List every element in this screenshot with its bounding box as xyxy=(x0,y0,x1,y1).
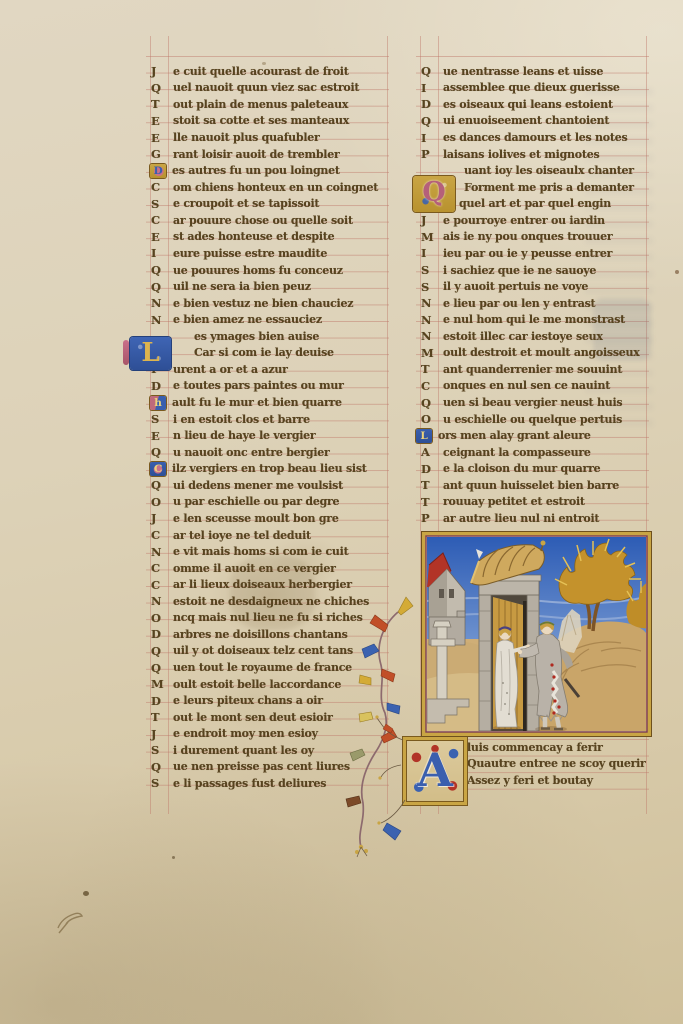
verse-line: Que pouures homs fu conceuz xyxy=(150,262,392,279)
verse-text: Quautre entree ne scoy querir xyxy=(467,757,646,770)
verse-capital: C xyxy=(150,528,173,542)
verse-text: uil y ot doiseaux telz cent tans xyxy=(173,644,353,657)
verse-text: ar pouure chose ou quelle soit xyxy=(173,214,353,227)
verse-line: Grant loisir auoit de trembler xyxy=(150,146,392,163)
verse-line: Je cuit quelle acourast de froit xyxy=(150,63,392,80)
verse-capital: M xyxy=(420,230,443,244)
verse-line: Ies dances damours et les notes xyxy=(420,129,655,146)
verse-text: laisans iolives et mignotes xyxy=(443,148,599,161)
verse-text: Forment me pris a demanter xyxy=(464,181,634,194)
verse-text: ant quun huisselet bien barre xyxy=(443,479,619,492)
verse-text: ors men alay grant aleure xyxy=(438,429,591,442)
verse-capital: D xyxy=(150,627,173,641)
verse-line: Par quel art et par quel engin xyxy=(420,196,655,213)
verse-capital: O xyxy=(150,495,173,509)
verse-line: es ymages bien auise xyxy=(150,328,392,345)
text-section-bottom: luis commencay a ferirQuautre entree ne … xyxy=(467,739,657,789)
verse-capital: J xyxy=(150,64,173,78)
verse-capital: Q xyxy=(420,64,443,78)
verse-capital: S xyxy=(150,776,173,790)
verse-text: e bien amez ne essauciez xyxy=(173,313,322,326)
verse-text: e len sceusse moult bon gre xyxy=(173,512,339,525)
verse-capital: N xyxy=(420,296,443,310)
verse-text: omme il auoit en ce vergier xyxy=(173,562,336,575)
pen-flourish-mark xyxy=(50,900,90,940)
verse-capital: E xyxy=(150,230,173,244)
verse-capital: T xyxy=(420,478,443,492)
verse-line: Comme il auoit en ce vergier xyxy=(150,560,392,577)
verse-text: ault fu le mur et bien quarre xyxy=(172,396,342,409)
verse-line: Je len sceusse moult bon gre xyxy=(150,510,392,527)
verse-text: es autres fu un pou loingnet xyxy=(172,164,340,177)
verse-text: uant ioy les oiseaulx chanter xyxy=(464,164,634,177)
verse-capital: I xyxy=(420,246,443,260)
verse-line: Car pouure chose ou quelle soit xyxy=(150,212,392,229)
verse-capital: Q xyxy=(150,445,173,459)
verse-line: Com chiens honteux en un coingnet xyxy=(150,179,392,196)
verse-capital: L xyxy=(416,429,432,443)
verse-capital: E xyxy=(150,131,173,145)
verse-capital: S xyxy=(420,263,443,277)
verse-line: Se croupoit et se tapissoit xyxy=(150,196,392,213)
verse-capital: D xyxy=(420,462,443,476)
verse-text: i sachiez que ie ne sauoye xyxy=(443,264,596,277)
verse-text: i en estoit clos et barre xyxy=(173,413,310,426)
ink-speck xyxy=(83,891,89,896)
verse-text: rouuay petitet et estroit xyxy=(443,495,585,508)
verse-line: Des oiseaux qui leans estoient xyxy=(420,96,655,113)
verse-line: luis commencay a ferir xyxy=(467,739,657,756)
verse-line: Ne bien amez ne essauciez xyxy=(150,311,392,328)
verse-capital: T xyxy=(420,495,443,509)
verse-text: e li passages fust deliures xyxy=(173,777,326,790)
verse-text: uen tout le royaume de france xyxy=(173,661,352,674)
verse-capital: N xyxy=(150,545,173,559)
verse-line: Assez y feri et boutay xyxy=(467,772,657,789)
verse-capital: C xyxy=(150,561,173,575)
verse-text: i durement quant les oy xyxy=(173,744,314,757)
verse-line: Tant quanderrenier me souuint xyxy=(420,361,655,378)
verse-capital: C xyxy=(150,180,173,194)
verse-line: Ou eschielle ou quelque pertuis xyxy=(420,411,655,428)
verse-line: Qui enuoiseement chantoient xyxy=(420,113,655,130)
verse-text: Assez y feri et boutay xyxy=(467,774,593,787)
verse-text: ar li lieux doiseaux herbergier xyxy=(173,578,352,591)
verse-capital: N xyxy=(150,594,173,608)
verse-capital: Q xyxy=(150,81,173,95)
verse-line: Nestoit illec car iestoye seux xyxy=(420,328,655,345)
verse-capital: I xyxy=(420,131,443,145)
verse-text: e cuit quelle acourast de froit xyxy=(173,65,349,78)
verse-line: Que nentrasse leans et uisse xyxy=(420,63,655,80)
verse-text: oult destroit et moult angoisseux xyxy=(443,346,640,359)
verse-line: hault fu le mur et bien quarre xyxy=(150,394,392,411)
verse-line: Estoit sa cotte et ses manteaux xyxy=(150,113,392,130)
verse-text: uen si beau vergier neust huis xyxy=(443,396,622,409)
illuminated-initial-l: L xyxy=(130,337,171,370)
verse-text: e endroit moy men esioy xyxy=(173,727,318,740)
verse-text: ar quel art et par quel engin xyxy=(443,197,611,210)
verse-text: e toutes pars paintes ou mur xyxy=(173,379,344,392)
verse-text: ar tel ioye ne tel deduit xyxy=(173,529,311,542)
verse-text: om chiens honteux en un coingnet xyxy=(173,181,378,194)
verse-text: es dances damours et les notes xyxy=(443,131,627,144)
verse-line: Iieu par ou ie y peusse entrer xyxy=(420,245,655,262)
verse-capital: D xyxy=(150,164,166,178)
miniature-scene xyxy=(427,537,652,732)
verse-line: Ne nul hom qui le me monstrast xyxy=(420,311,655,328)
verse-text: ui dedens mener me voulsist xyxy=(173,479,343,492)
verse-line: Quautre entree ne scoy querir xyxy=(467,756,657,773)
verse-text: out le mont sen deut esioir xyxy=(173,711,333,724)
verse-line: Car si com ie lay deuise xyxy=(150,345,392,362)
verse-capital: P xyxy=(420,147,443,161)
verse-line: Qu nauoit onc entre bergier xyxy=(150,444,392,461)
verse-line: Trouuay petitet et estroit xyxy=(420,494,655,511)
verse-text: onques en nul sen ce nauint xyxy=(443,379,610,392)
verse-line: Qui dedens mener me voulsist xyxy=(150,477,392,494)
verse-capital: S xyxy=(150,743,173,757)
verse-text: assemblee que dieux guerisse xyxy=(443,81,620,94)
verse-line: Car tel ioye ne tel deduit xyxy=(150,527,392,544)
verse-capital: G xyxy=(150,147,173,161)
verse-capital: S xyxy=(150,412,173,426)
verse-text: uel nauoit quun viez sac estroit xyxy=(173,81,359,94)
verse-text: eure puisse estre maudite xyxy=(173,247,327,260)
verse-line: De toutes pars paintes ou mur xyxy=(150,378,392,395)
verse-capital: M xyxy=(420,346,443,360)
verse-capital: J xyxy=(420,213,443,227)
ink-speck xyxy=(172,856,175,859)
verse-capital: N xyxy=(420,313,443,327)
verse-capital: E xyxy=(150,114,173,128)
verse-text: estoit illec car iestoye seux xyxy=(443,330,603,343)
verse-text: e lieu par ou len y entrast xyxy=(443,297,595,310)
verse-line: Ne lieu par ou len y entrast xyxy=(420,295,655,312)
verse-text: st ades honteuse et despite xyxy=(173,230,334,243)
verse-text: e nul hom qui le me monstrast xyxy=(443,313,625,326)
verse-text: e la cloison du mur quarre xyxy=(443,462,600,475)
verse-line: uant ioy les oiseaulx chanter xyxy=(420,162,655,179)
verse-text: e bien vestuz ne bien chauciez xyxy=(173,297,353,310)
verse-line: Mais ie ny pou onques trouuer xyxy=(420,229,655,246)
verse-capital: N xyxy=(150,296,173,310)
verse-capital: A xyxy=(420,445,443,459)
verse-capital: T xyxy=(150,710,173,724)
verse-line: Est ades honteuse et despite xyxy=(150,229,392,246)
verse-capital: N xyxy=(420,329,443,343)
verse-line: Quen si beau vergier neust huis xyxy=(420,394,655,411)
verse-capital: Q xyxy=(150,644,173,658)
verse-text: ieu par ou ie y peusse entrer xyxy=(443,247,612,260)
verse-text: uil ne sera ia bien peuz xyxy=(173,280,311,293)
verse-line: Iassemblee que dieux guerisse xyxy=(420,80,655,97)
verse-text: ui enuoiseement chantoient xyxy=(443,114,609,127)
verse-text: ue nen preisse pas cent liures xyxy=(173,760,350,773)
ink-speck xyxy=(675,270,679,274)
verse-capital: C xyxy=(420,379,443,393)
verse-text: lle nauoit plus quafubler xyxy=(173,131,320,144)
verse-capital: D xyxy=(150,694,173,708)
manuscript-page: Je cuit quelle acourast de froit Quel na… xyxy=(0,0,683,1024)
verse-line: En lieu de haye le vergier xyxy=(150,427,392,444)
verse-capital: D xyxy=(150,379,173,393)
verse-text: es oiseaux qui leans estoient xyxy=(443,98,613,111)
verse-line: Si sachiez que ie ne sauoye xyxy=(420,262,655,279)
verse-text: ue pouures homs fu conceuz xyxy=(173,264,343,277)
verse-capital: S xyxy=(420,280,443,294)
verse-capital: Q xyxy=(150,280,173,294)
verse-text: u nauoit onc entre bergier xyxy=(173,446,330,459)
verse-text: e croupoit et se tapissoit xyxy=(173,197,319,210)
verse-text: e pourroye entrer ou iardin xyxy=(443,214,605,227)
verse-line: Sil y auoit pertuis ne voye xyxy=(420,278,655,295)
verse-line: Moult destroit et moult angoisseux xyxy=(420,345,655,362)
verse-text: e vit mais homs si com ie cuit xyxy=(173,545,348,558)
verse-capital: T xyxy=(150,97,173,111)
verse-text: ue nentrasse leans et uisse xyxy=(443,65,603,78)
verse-line: Tant quun huisselet bien barre xyxy=(420,477,655,494)
verse-capital: J xyxy=(150,727,173,741)
verse-text: arbres ne doisillons chantans xyxy=(173,628,348,641)
verse-line: Aceignant la compasseure xyxy=(420,444,655,461)
verse-line: Plaisans iolives et mignotes xyxy=(420,146,655,163)
verse-text: luis commencay a ferir xyxy=(467,741,603,754)
verse-capital: I xyxy=(150,246,173,260)
verse-capital: J xyxy=(150,511,173,525)
verse-line: Par autre lieu nul ni entroit xyxy=(420,510,655,527)
verse-text: Car si com ie lay deuise xyxy=(194,346,334,359)
verse-text: urent a or et a azur xyxy=(173,363,288,376)
verse-text: il y auoit pertuis ne voye xyxy=(443,280,588,293)
verse-capital: T xyxy=(420,362,443,376)
verse-capital: O xyxy=(150,611,173,625)
verse-line: Ne vit mais homs si com ie cuit xyxy=(150,543,392,560)
border-vine-decoration xyxy=(335,585,460,885)
verse-capital: E xyxy=(150,429,173,443)
verse-capital: Q xyxy=(150,760,173,774)
verse-capital: C xyxy=(150,213,173,227)
verse-capital: P xyxy=(420,511,443,525)
verse-text: ilz vergiers en trop beau lieu sist xyxy=(172,462,367,475)
verse-line: Cilz vergiers en trop beau lieu sist xyxy=(150,461,392,478)
verse-capital: Q xyxy=(420,114,443,128)
verse-text: stoit sa cotte et ses manteaux xyxy=(173,114,349,127)
text-column-right: Que nentrasse leans et uisse Iassemblee … xyxy=(420,63,655,527)
verse-text: ant quanderrenier me souuint xyxy=(443,363,622,376)
verse-text: u par eschielle ou par degre xyxy=(173,495,339,508)
verse-text: u eschielle ou quelque pertuis xyxy=(443,413,622,426)
verse-line: Des autres fu un pou loingnet xyxy=(150,162,392,179)
verse-capital: h xyxy=(150,396,166,410)
verse-line: Forment me pris a demanter xyxy=(420,179,655,196)
verse-text: rant loisir auoit de trembler xyxy=(173,148,340,161)
verse-line: Elle nauoit plus quafubler xyxy=(150,129,392,146)
verse-text: oult estoit belle laccordance xyxy=(173,678,341,691)
verse-capital: Q xyxy=(150,661,173,675)
verse-text: es ymages bien auise xyxy=(194,330,319,343)
verse-capital: I xyxy=(420,81,443,95)
verse-text: ceignant la compasseure xyxy=(443,446,591,459)
verse-line: Conques en nul sen ce nauint xyxy=(420,378,655,395)
verse-capital: S xyxy=(150,197,173,211)
verse-line: Lors men alay grant aleure xyxy=(420,427,655,444)
verse-line: Furent a or et a azur xyxy=(150,361,392,378)
verse-line: Quel nauoit quun viez sac estroit xyxy=(150,80,392,97)
verse-text: ais ie ny pou onques trouuer xyxy=(443,230,612,243)
verse-line: Ne bien vestuz ne bien chauciez xyxy=(150,295,392,312)
verse-text: out plain de menus paleteaux xyxy=(173,98,348,111)
verse-text: ar autre lieu nul ni entroit xyxy=(443,512,599,525)
verse-text: n lieu de haye le vergier xyxy=(173,429,315,442)
verse-capital: N xyxy=(150,313,173,327)
verse-capital: D xyxy=(420,97,443,111)
verse-capital: O xyxy=(420,412,443,426)
verse-line: De la cloison du mur quarre xyxy=(420,461,655,478)
verse-capital: Q xyxy=(420,396,443,410)
verse-line: Si en estoit clos et barre xyxy=(150,411,392,428)
verse-text: e leurs piteux chans a oir xyxy=(173,694,323,707)
verse-capital: M xyxy=(150,677,173,691)
illuminated-initial-q: Q xyxy=(413,176,455,212)
verse-capital: Q xyxy=(150,478,173,492)
verse-line: Ou par eschielle ou par degre xyxy=(150,494,392,511)
verse-line: Tout plain de menus paleteaux xyxy=(150,96,392,113)
verse-line: Je pourroye entrer ou iardin xyxy=(420,212,655,229)
verse-line: Ieure puisse estre maudite xyxy=(150,245,392,262)
verse-line: Quil ne sera ia bien peuz xyxy=(150,278,392,295)
verse-capital: C xyxy=(150,578,173,592)
verse-capital: Q xyxy=(150,263,173,277)
verse-capital: C xyxy=(150,462,166,476)
